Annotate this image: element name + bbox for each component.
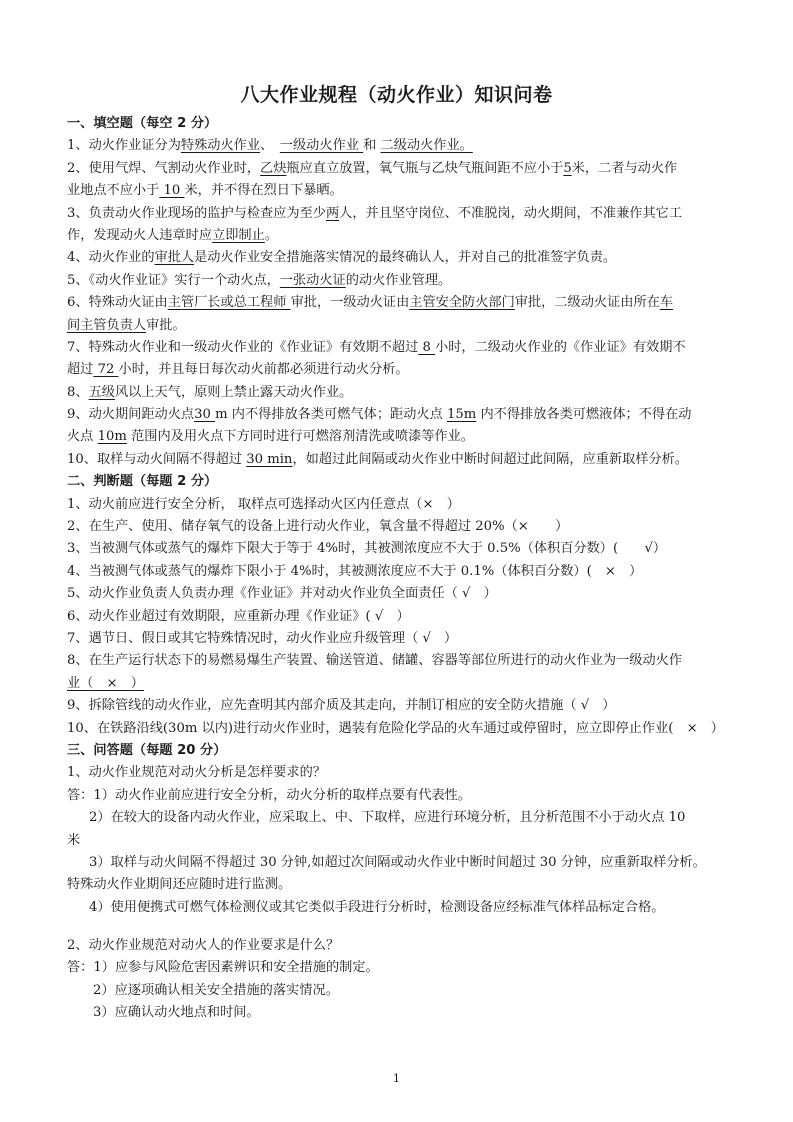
question-1-7-cont: 超过 72 小时，并且每日每次动火前都必须进行动火分析。 [67,359,730,381]
answer-blank: 车 [660,295,673,310]
answer-blank: 72 [93,362,118,377]
answer-blank: 间主管负责人 [67,318,146,333]
question-2-6: 6、动火作业超过有效期限，应重新办理《作业证》( √ ） [67,606,730,628]
answer-blank: 5 [563,161,571,176]
question-1-2: 2、使用气焊、气割动火作业时，乙炔瓶应直立放置，氧气瓶与乙炔气瓶间距不应小于5米… [67,158,730,180]
document-page: 八大作业规程（动火作业）知识问卷 一、填空题（每空 2 分） 1、动火作业证分为… [0,0,793,1122]
answer-blank: 立即制止 [212,228,265,243]
question-1-8: 8、五级风以上天气，原则上禁止露天动火作业。 [67,382,730,404]
section-heading-fill-in: 一、填空题（每空 2 分） [67,113,730,135]
question-1-1: 1、动火作业证分为特殊动火作业、 一级动火作业 和 二级动火作业。 [67,135,730,157]
answer-blank: 乙炔 [260,161,286,176]
question-1-6: 6、特殊动火证由主管厂长或总工程师 审批，一级动火证由主管安全防火部门审批，二级… [67,292,730,314]
answer-3-1-3: 3）取样与动火间隔不得超过 30 分钟,如超过次间隔或动火作业中断时间超过 30… [67,852,730,874]
question-1-9: 9、动火期间距动火点30 m 内不得排放各类可燃气体；距动火点 15m 内不得排… [67,404,730,426]
answer-blank: 审批人 [155,250,195,265]
answer-blank: 10m [98,429,127,444]
answer-3-2-2: 2）应逐项确认相关安全措施的落实情况。 [67,980,730,1002]
question-2-7: 7、遇节日、假日或其它特殊情况时，动火作业应升级管理（ √ ） [67,628,730,650]
question-1-5: 5、《动火作业证》实行一个动火点，一张动火证的动火作业管理。 [67,270,730,292]
question-1-9-cont: 火点 10m 范围内及用火点下方同时进行可燃溶剂清洗或喷漆等作业。 [67,426,730,448]
question-2-8: 8、在生产运行状态下的易燃易爆生产装置、输送管道、储罐、容器等部位所进行的动火作… [67,650,730,672]
answer-3-1-1: 答：1）动火作业前应进行安全分析，动火分析的取样点要有代表性。 [67,785,730,807]
answer-3-2-3: 3）应确认动火地点和时间。 [67,1002,730,1024]
question-2-5: 5、动火作业负责人负责办理《作业证》并对动火作业负全面责任（ √ ） [67,583,730,605]
question-2-1: 1、动火前应进行安全分析， 取样点可选择动火区内任意点（× ） [67,494,730,516]
answer-3-2-1: 答：1）应参与风险危害因素辨识和安全措施的制定。 [67,957,730,979]
question-1-4: 4、动火作业的审批人是动火作业安全措施落实情况的最终确认人，并对自己的批准签字负… [67,247,730,269]
page-number: 1 [0,1072,793,1085]
answer-blank: 8 [418,340,435,355]
answer-blank: 二级动火作业。 [381,138,473,153]
spacer [67,919,730,935]
answer-blank: 主管厂长或总工程师 [168,295,291,310]
question-2-4: 4、当被测气体或蒸气的爆炸下限小于 4%时，其被测浓度应不大于 0.1%（体积百… [67,561,730,583]
answer-blank: 30 [194,407,215,422]
answer-3-1-2-cont: 米 [67,830,730,852]
question-2-9: 9、拆除管线的动火作业，应先查明其内部介质及其走向，并制订相应的安全防火措施（ … [67,695,730,717]
answer-blank: 特殊动火作业 [181,138,260,153]
document-body: 一、填空题（每空 2 分） 1、动火作业证分为特殊动火作业、 一级动火作业 和 … [67,113,730,1025]
question-3-1: 1、动火作业规范对动火分析是怎样要求的？ [67,762,730,784]
question-1-3: 3、负责动火作业现场的监护与检查应为至少两人，并且坚守岗位、不准脱岗，动火期间，… [67,203,730,225]
answer-blank: 10 [159,183,184,198]
answer-blank: 一级动火作业 [280,138,363,153]
section-heading-true-false: 二、判断题（每题 2 分） [67,471,730,493]
question-1-6-cont: 间主管负责人审批。 [67,315,730,337]
document-title: 八大作业规程（动火作业）知识问卷 [0,80,793,107]
question-2-2: 2、在生产、使用、储存氧气的设备上进行动火作业，氧含量不得超过 20%（× ） [67,516,730,538]
question-1-3-cont: 作，发现动火人违章时应立即制止。 [67,225,730,247]
question-2-3: 3、当被测气体或蒸气的爆炸下限大于等于 4%时，其被测浓度应不大于 0.5%（体… [67,538,730,560]
question-3-2: 2、动火作业规范对动火人的作业要求是什么？ [67,935,730,957]
answer-blank: 两 [326,206,339,221]
section-heading-short-answer: 三、问答题（每题 20 分） [67,740,730,762]
answer-3-1-2: 2）在较大的设备内动火作业，应采取上、中、下取样，应进行环境分析，且分析范围不小… [67,807,730,829]
answer-blank: 五级 [89,385,115,400]
question-2-10: 10、在铁路沿线(30m 以内)进行动火作业时，遇装有危险化学品的火车通过或停留… [67,718,730,740]
answer-3-1-3-cont: 特殊动火作业期间还应随时进行监测。 [67,874,730,896]
answer-blank: 一张动火证 [280,273,346,288]
question-1-2-cont: 业地点不应小于 10 米，并不得在烈日下暴晒。 [67,180,730,202]
answer-blank: 15m [447,407,476,422]
question-1-10: 10、取样与动火间隔不得超过 30 min，如超过此间隔或动火作业中断时间超过此… [67,449,730,471]
question-2-8-cont: 业（ × ） [67,673,730,695]
answer-blank: 30 min [246,452,292,467]
answer-3-1-4: 4）使用便携式可燃气体检测仪或其它类似手段进行分析时，检测设备应经标准气体样品标… [67,897,730,919]
question-1-7: 7、特殊动火作业和一级动火作业的《作业证》有效期不超过 8 小时，二级动火作业的… [67,337,730,359]
answer-blank: 主管安全防火部门 [409,295,515,310]
